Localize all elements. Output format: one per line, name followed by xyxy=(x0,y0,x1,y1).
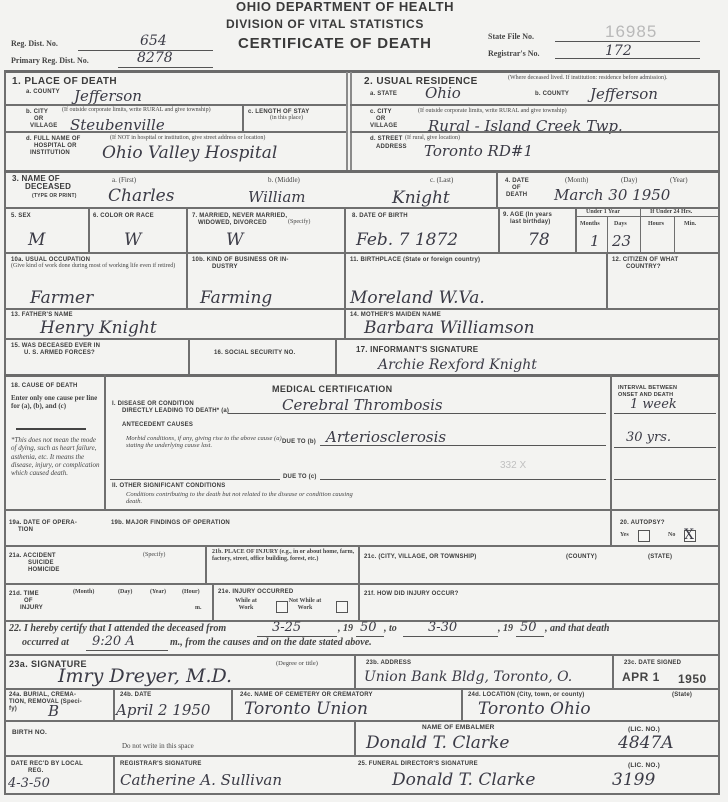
business-label-1: 10b. KIND OF BUSINESS OR IN- xyxy=(192,256,289,264)
res-county-label: b. COUNTY xyxy=(535,90,569,98)
pod-county-label: a. COUNTY xyxy=(26,88,60,96)
res-city-label-3: VILLAGE xyxy=(370,122,397,130)
autopsy-no-label: No xyxy=(668,532,675,540)
marital-status: W xyxy=(226,232,243,248)
funeral-director-label: 25. FUNERAL DIRECTOR'S SIGNATURE xyxy=(358,760,478,768)
registrar-no-value: 172 xyxy=(605,43,632,59)
business-label-2: DUSTRY xyxy=(212,263,238,271)
res-city-note: (If outside corporate limits, write RURA… xyxy=(418,108,567,116)
physician-address: Union Bank Bldg, Toronto, O. xyxy=(364,669,572,685)
burial-location: Toronto Ohio xyxy=(478,701,591,717)
first-name: Charles xyxy=(108,188,174,204)
certify-text-1: 22. I hereby certify that I attended the… xyxy=(9,625,226,633)
pod-hospital-label-3: INSTITUTION xyxy=(30,149,70,157)
middle-name-label: b. (Middle) xyxy=(268,177,300,185)
res-state: Ohio xyxy=(425,85,461,101)
date-signed-year: 1950 xyxy=(678,672,707,686)
date-signed-month: APR 1 xyxy=(622,670,660,684)
date-of-birth: Feb. 7 1872 xyxy=(356,232,458,248)
autopsy-no-mark: X xyxy=(684,527,694,543)
date-received-label-2: REG. xyxy=(28,767,43,775)
burial-type: B xyxy=(48,703,59,719)
pod-city-note: (If outside corporate limits, write RURA… xyxy=(62,107,237,114)
burial-label-3: fy) xyxy=(9,705,17,713)
registrar-signature: Catherine A. Sullivan xyxy=(120,772,282,788)
age: 78 xyxy=(528,232,550,248)
reg-dist-label: Reg. Dist. No. xyxy=(11,40,58,48)
injury-hour-label: (Hour) xyxy=(182,589,200,597)
cause-instructions: Enter only one cause per line for (a), (… xyxy=(11,394,101,410)
injury-time-label-3: INJURY xyxy=(20,604,43,612)
res-street: Toronto RD#1 xyxy=(424,143,533,159)
part2-label: II. OTHER SIGNIFICANT CONDITIONS xyxy=(112,482,225,490)
last-name: Knight xyxy=(392,190,450,206)
injury-county-label: (COUNTY) xyxy=(566,553,597,561)
attended-to-year: 50 xyxy=(520,620,537,636)
sex-label: 5. SEX xyxy=(11,212,31,220)
hours-label: Hours xyxy=(648,221,664,229)
dod-month-label: (Month) xyxy=(565,177,588,185)
sex: M xyxy=(28,232,45,248)
interval-a: 1 week xyxy=(630,397,677,413)
from-year-prefix: , 19 xyxy=(338,625,353,633)
pod-city-label-3: VILLAGE xyxy=(30,122,57,130)
due-to-c-label: DUE TO (c) xyxy=(283,473,317,481)
informant-label: 17. INFORMANT'S SIGNATURE xyxy=(356,346,478,354)
due-to-b-label: DUE TO (b) xyxy=(282,438,316,446)
pod-stay-note: (in this place) xyxy=(270,115,303,123)
death-certificate: OHIO DEPARTMENT OF HEALTH DIVISION OF VI… xyxy=(0,0,728,802)
antecedent-label: ANTECEDENT CAUSES xyxy=(122,421,193,429)
to-text: , to xyxy=(384,625,397,633)
injury-occurred-label: 21e. INJURY OCCURRED xyxy=(218,588,293,596)
birthplace-label: 11. BIRTHPLACE (State or foreign country… xyxy=(350,256,480,264)
age-days: 23 xyxy=(612,233,631,249)
interval-b: 30 yrs. xyxy=(626,430,671,446)
burial-label-2: TION, REMOVAL (Speci- xyxy=(9,698,82,706)
attended-from-year: 50 xyxy=(360,620,377,636)
date-signed-label: 23c. DATE SIGNED xyxy=(624,659,681,667)
cemetery-label: 24c. NAME OF CEMETERY OR CREMATORY xyxy=(240,691,373,699)
funeral-lic-label: (LIC. NO.) xyxy=(628,762,660,770)
page-title: CERTIFICATE OF DEATH xyxy=(238,35,432,52)
autopsy-yes-checkbox[interactable] xyxy=(638,530,650,542)
time-of-death: 9:20 A xyxy=(92,634,135,650)
res-state-label: a. STATE xyxy=(370,90,397,98)
cause-b: Arteriosclerosis xyxy=(326,429,446,445)
age-label-2: last birthday) xyxy=(510,218,550,226)
to-year-prefix: , 19 xyxy=(498,625,513,633)
certify-text-2: m., from the causes and on the date stat… xyxy=(170,639,372,647)
degree-label: (Degree or title) xyxy=(276,660,318,668)
physician-signature: Imry Dreyer, M.D. xyxy=(58,668,232,684)
days-label: Days xyxy=(614,221,627,229)
funeral-director-signature: Donald T. Clarke xyxy=(392,772,535,788)
and-that-death-text: , and that death xyxy=(545,625,609,633)
how-injury-label: 21f. HOW DID INJURY OCCUR? xyxy=(364,590,459,598)
injury-day-label: (Day) xyxy=(118,589,132,597)
dod-year-label: (Year) xyxy=(670,177,688,185)
autopsy-label: 20. AUTOPSY? xyxy=(620,519,665,527)
pod-county: Jefferson xyxy=(74,88,142,104)
cause-code-stamp: 332 X xyxy=(500,460,526,471)
burial-date-label: 24b. DATE xyxy=(120,691,151,699)
occupation: Farmer xyxy=(30,290,93,306)
middle-name: William xyxy=(248,189,306,205)
name-label-3: (TYPE OR PRINT) xyxy=(32,192,77,200)
ssn-label: 16. SOCIAL SECURITY NO. xyxy=(214,349,295,357)
registrar-signature-label: REGISTRAR'S SIGNATURE xyxy=(120,760,202,768)
registrar-no-label: Registrar's No. xyxy=(488,50,540,58)
date-received: 4-3-50 xyxy=(8,776,50,792)
embalmer-license: 4847A xyxy=(618,735,674,751)
date-received-label-1: DATE REC'D BY LOCAL xyxy=(11,760,83,768)
state-file-label: State File No. xyxy=(488,33,534,41)
res-street-label-1: d. STREET xyxy=(370,135,402,143)
part2-note: Conditions contributing to the death but… xyxy=(126,491,366,505)
while-at-work-checkbox[interactable] xyxy=(276,601,288,613)
mother-name: Barbara Williamson xyxy=(364,320,535,336)
first-name-label: a. (First) xyxy=(112,177,136,185)
autopsy-yes-label: Yes xyxy=(620,532,629,540)
months-label: Months xyxy=(580,221,600,229)
injury-city-label: 21c. (CITY, VILLAGE, OR TOWNSHIP) xyxy=(364,553,477,561)
residence-note: (Where deceased lived. If institution: r… xyxy=(508,75,708,82)
birth-no-label: BIRTH NO. xyxy=(12,729,47,737)
res-street-label-2: ADDRESS xyxy=(376,143,407,151)
marital-specify: (Specify) xyxy=(288,219,310,227)
primary-reg-dist-value: 8278 xyxy=(137,50,173,66)
morbid-note: Morbid conditions, if any, giving rise t… xyxy=(126,435,286,449)
res-county: Jefferson xyxy=(590,86,658,102)
not-while-at-work-label: Not While at Work xyxy=(288,598,322,612)
attended-from-date: 3-25 xyxy=(272,620,301,636)
business: Farming xyxy=(200,290,272,306)
place-of-death-label: 1. PLACE OF DEATH xyxy=(12,76,117,87)
armed-forces-label-2: U. S. ARMED FORCES? xyxy=(24,349,95,357)
citizen-label-2: COUNTRY? xyxy=(626,263,661,271)
marital-label-2: WIDOWED, DIVORCED xyxy=(198,219,267,227)
burial-state-label: (State) xyxy=(672,691,692,699)
pod-hospital-note: (If NOT in hospital or institution, give… xyxy=(110,135,342,142)
burial-date: April 2 1950 xyxy=(116,702,210,718)
injury-year-label: (Year) xyxy=(150,589,166,597)
informant-signature: Archie Rexford Knight xyxy=(378,357,537,373)
race-label: 6. COLOR OR RACE xyxy=(93,212,154,220)
dod-label-3: DEATH xyxy=(506,191,527,199)
date-of-death: March 30 1950 xyxy=(554,187,670,203)
occurred-at-text: occurred at xyxy=(22,639,69,647)
birthplace: Moreland W.Va. xyxy=(350,290,485,306)
injury-state-label: (STATE) xyxy=(648,553,672,561)
primary-reg-dist-label: Primary Reg. Dist. No. xyxy=(11,57,89,65)
header-division: DIVISION OF VITAL STATISTICS xyxy=(226,17,424,31)
funeral-director-license: 3199 xyxy=(612,772,655,788)
cause-a: Cerebral Thrombosis xyxy=(282,397,443,413)
race: W xyxy=(124,232,141,248)
homicide-label: HOMICIDE xyxy=(28,566,60,574)
place-of-injury-label: 21b. PLACE OF INJURY (e.g., in or about … xyxy=(212,549,356,562)
physician-address-label: 23b. ADDRESS xyxy=(366,659,411,667)
attended-to-date: 3-30 xyxy=(428,620,457,636)
medical-certification-title: MEDICAL CERTIFICATION xyxy=(272,384,393,394)
embalmer-name: Donald T. Clarke xyxy=(366,735,509,751)
last-name-label: c. (Last) xyxy=(430,177,453,185)
occupation-note: (Give kind of work done during most of w… xyxy=(11,263,186,269)
cause-footnote: *This does not mean the mode of dying, s… xyxy=(11,436,101,477)
cemetery-name: Toronto Union xyxy=(244,701,368,717)
state-file-value: 16985 xyxy=(605,22,657,42)
injury-m-label: m. xyxy=(195,605,202,613)
interval-label-1: INTERVAL BETWEEN xyxy=(618,385,677,391)
dob-label: 8. DATE OF BIRTH xyxy=(352,212,408,220)
embalmer-label: NAME OF EMBALMER xyxy=(422,724,495,732)
father-name: Henry Knight xyxy=(40,320,157,336)
part1-label-2: DIRECTLY LEADING TO DEATH* (a) xyxy=(122,407,229,415)
name-label-2: DECEASED xyxy=(25,183,71,191)
operation-date-label-2: TION xyxy=(18,526,33,534)
while-at-work-label: While at Work xyxy=(228,598,264,612)
injury-specify-label: (Specify) xyxy=(143,552,165,560)
cause-of-death-label: 18. CAUSE OF DEATH xyxy=(11,382,78,390)
not-while-at-work-checkbox[interactable] xyxy=(336,601,348,613)
header-department: OHIO DEPARTMENT OF HEALTH xyxy=(236,0,454,14)
operation-findings-label: 19b. MAJOR FINDINGS OF OPERATION xyxy=(111,519,230,527)
min-label: Min. xyxy=(684,221,696,229)
dod-day-label: (Day) xyxy=(621,177,637,185)
burial-location-label: 24d. LOCATION (City, town, or county) xyxy=(468,691,585,699)
pod-hospital: Ohio Valley Hospital xyxy=(102,145,277,161)
do-not-write-note: Do not write in this space xyxy=(122,743,194,751)
injury-month-label: (Month) xyxy=(73,589,94,597)
reg-dist-value: 654 xyxy=(140,33,167,49)
age-months: 1 xyxy=(590,233,600,249)
